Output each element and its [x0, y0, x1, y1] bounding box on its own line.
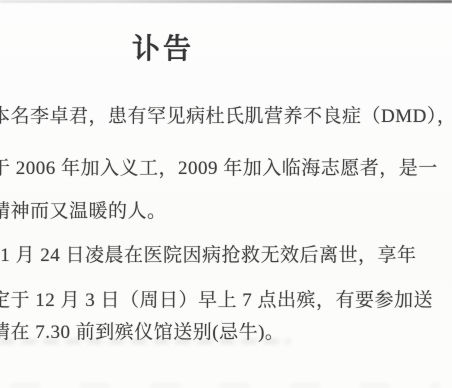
photo-bottom-smudge	[10, 384, 440, 387]
obituary-line-volunteer-history: 于 2006 年加入义工，2009 年加入临海志愿者，是一	[0, 153, 452, 180]
obituary-line-death-date: 11 月 24 日凌晨在医院因病抢救无效后离世，享年	[0, 240, 452, 267]
obituary-title: 讣告	[132, 27, 194, 67]
obituary-notice-photo: 讣告 本名李卓君，患有罕见病杜氏肌营养不良症（DMD）， 于 2006 年加入义…	[0, 0, 452, 388]
obituary-line-name-illness: 本名李卓君，患有罕见病杜氏肌营养不良症（DMD），	[0, 101, 452, 128]
photo-top-edge	[0, 0, 452, 3]
blurred-text-artifact	[0, 339, 290, 344]
obituary-line-character: 精神而又温暖的人。	[0, 196, 452, 223]
obituary-line-funeral-date: 定于 12 月 3 日（周日）早上 7 点出殡，有要参加送	[0, 285, 452, 312]
